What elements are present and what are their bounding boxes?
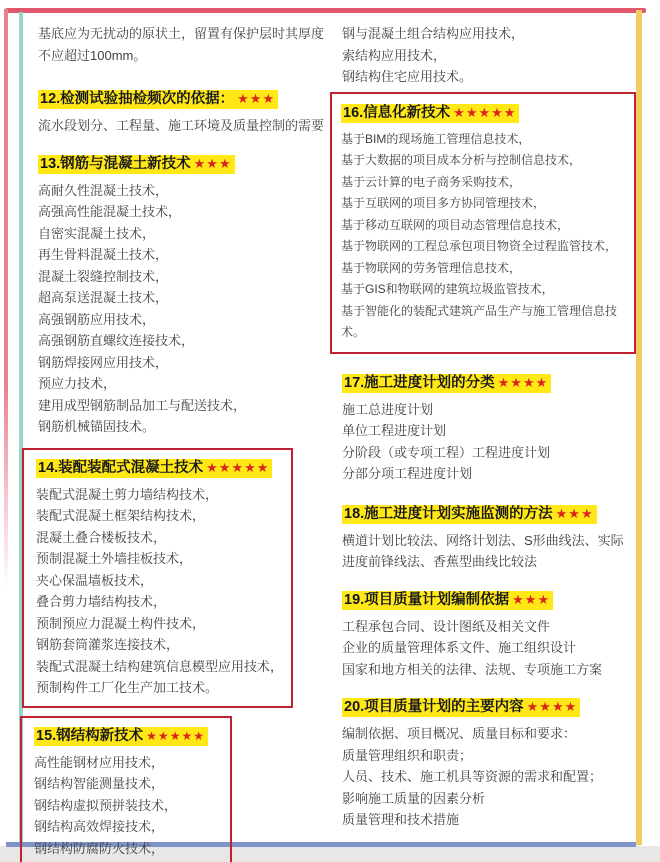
note-line: 企业的质量管理体系文件、施工组织设计 xyxy=(342,637,638,659)
section-13: 13.钢筋与混凝土新技术★★★ 高耐久性混凝土技术， 高强高性能混凝土技术， 自… xyxy=(38,151,330,438)
section-heading: 14.装配装配式混凝土技术★★★★★ xyxy=(36,455,287,481)
note-line: 高耐久性混凝土技术， xyxy=(38,180,330,202)
note-line: 基底应为无扰动的原状土，留置有保护层时其厚度 xyxy=(38,23,330,45)
note-line: 钢筋焊接网应用技术， xyxy=(38,352,330,374)
star-rating: ★★★ xyxy=(556,506,594,521)
star-rating: ★★★★ xyxy=(527,699,578,714)
star-rating: ★★★★★ xyxy=(206,460,269,475)
frame-top-line xyxy=(5,8,646,13)
section-heading: 15.钢结构新技术★★★★★ xyxy=(34,723,226,749)
note-line: 高强钢筋直螺纹连接技术， xyxy=(38,330,330,352)
note-line: 基于云计算的电子商务采购技术， xyxy=(341,172,631,194)
section-title: 14.装配装配式混凝土技术 xyxy=(38,460,203,476)
section-14-emphasis-box: 14.装配装配式混凝土技术★★★★★ 装配式混凝土剪力墙结构技术， 装配式混凝土… xyxy=(22,448,293,708)
section-title: 20.项目质量计划的主要内容 xyxy=(344,699,524,715)
note-line: 预制预应力混凝土构件技术， xyxy=(36,613,287,635)
note-line: 钢结构防腐防火技术， xyxy=(34,838,226,860)
note-line: 叠合剪力墙结构技术， xyxy=(36,591,287,613)
section-18: 18.施工进度计划实施监测的方法★★★ 横道计划比较法、网络计划法、S形曲线法、… xyxy=(342,501,638,573)
frame-left-pink-line xyxy=(4,9,8,839)
note-line: 预制混凝土外墙挂板技术， xyxy=(36,548,287,570)
note-line: 钢结构虚拟预拼装技术， xyxy=(34,795,226,817)
notes-page: 基底应为无扰动的原状土，留置有保护层时其厚度 不应超过100mm。 12.检测试… xyxy=(0,0,660,862)
note-line: 基于GIS和物联网的建筑垃圾监管技术， xyxy=(341,279,631,301)
note-line: 钢结构住宅应用技术。 xyxy=(342,66,638,88)
note-line: 不应超过100mm。 xyxy=(38,45,330,67)
star-rating: ★★★★ xyxy=(498,375,549,390)
note-line: 夹心保温墙板技术， xyxy=(36,570,287,592)
note-line: 钢结构智能测量技术， xyxy=(34,773,226,795)
note-line: 预应力技术， xyxy=(38,373,330,395)
note-line: 建用成型钢筋制品加工与配送技术， xyxy=(38,395,330,417)
section-title: 12.检测试验抽检频次的依据： xyxy=(40,91,234,107)
note-line: 钢筋套筒灌浆连接技术， xyxy=(36,634,287,656)
note-line: 预制构件工厂化生产加工技术。 xyxy=(36,677,287,699)
section-title: 15.钢结构新技术 xyxy=(36,728,143,744)
section-title: 13.钢筋与混凝土新技术 xyxy=(40,156,191,172)
note-line: 再生骨料混凝土技术， xyxy=(38,244,330,266)
note-line: 自密实混凝土技术， xyxy=(38,223,330,245)
note-line: 混凝土叠合楼板技术， xyxy=(36,527,287,549)
star-rating: ★★★ xyxy=(237,91,275,106)
section-16-emphasis-box: 16.信息化新技术★★★★★ 基于BIM的现场施工管理信息技术， 基于大数据的项… xyxy=(330,92,636,354)
section-heading: 17.施工进度计划的分类★★★★ xyxy=(342,370,638,396)
section-title: 17.施工进度计划的分类 xyxy=(344,375,495,391)
note-line: 质量管理组织和职责； xyxy=(342,745,638,767)
note-line: 质量管理和技术措施 xyxy=(342,809,638,831)
section-heading: 16.信息化新技术★★★★★ xyxy=(341,100,631,126)
note-line: 索结构应用技术， xyxy=(342,45,638,67)
note-line: 基于物联网的工程总承包项目物资全过程监管技术， xyxy=(341,236,631,258)
note-line: 钢与混凝土组合结构应用技术， xyxy=(342,23,638,45)
note-line: 装配式混凝土剪力墙结构技术， xyxy=(36,484,287,506)
note-line: 国家和地方相关的法律、法规、专项施工方案 xyxy=(342,659,638,681)
right-column: 钢与混凝土组合结构应用技术， 索结构应用技术， 钢结构住宅应用技术。 16.信息… xyxy=(342,20,638,831)
section-title: 19.项目质量计划编制依据 xyxy=(344,592,509,608)
note-line: 基于物联网的劳务管理信息技术， xyxy=(341,258,631,280)
section-heading: 12.检测试验抽检频次的依据：★★★ xyxy=(38,86,330,112)
note-line: 超高泵送混凝土技术， xyxy=(38,287,330,309)
carryover-paragraph: 钢与混凝土组合结构应用技术， 索结构应用技术， 钢结构住宅应用技术。 xyxy=(342,20,638,88)
section-15-emphasis-box: 15.钢结构新技术★★★★★ 高性能钢材应用技术， 钢结构智能测量技术， 钢结构… xyxy=(20,716,232,862)
left-column: 基底应为无扰动的原状土，留置有保护层时其厚度 不应超过100mm。 12.检测试… xyxy=(38,20,330,862)
section-17: 17.施工进度计划的分类★★★★ 施工总进度计划 单位工程进度计划 分阶段（或专… xyxy=(342,370,638,485)
note-line: 高性能钢材应用技术， xyxy=(34,752,226,774)
section-heading: 18.施工进度计划实施监测的方法★★★ xyxy=(342,501,638,527)
note-line: 影响施工质量的因素分析 xyxy=(342,788,638,810)
star-rating: ★★★★★ xyxy=(453,105,516,120)
note-line: 工程承包合同、设计图纸及相关文件 xyxy=(342,616,638,638)
note-line: 钢筋机械锚固技术。 xyxy=(38,416,330,438)
note-line: 基于智能化的装配式建筑产品生产与施工管理信息技术。 xyxy=(341,301,631,344)
note-line: 装配式混凝土结构建筑信息模型应用技术， xyxy=(36,656,287,678)
star-rating: ★★★ xyxy=(512,592,550,607)
section-title: 16.信息化新技术 xyxy=(343,105,450,121)
section-heading: 13.钢筋与混凝土新技术★★★ xyxy=(38,151,330,177)
note-line: 分阶段（或专项工程）工程进度计划 xyxy=(342,442,638,464)
note-line: 施工总进度计划 xyxy=(342,399,638,421)
section-heading: 20.项目质量计划的主要内容★★★★ xyxy=(342,694,638,720)
section-19: 19.项目质量计划编制依据★★★ 工程承包合同、设计图纸及相关文件 企业的质量管… xyxy=(342,587,638,681)
section-title: 18.施工进度计划实施监测的方法 xyxy=(344,506,553,522)
note-line: 基于大数据的项目成本分析与控制信息技术， xyxy=(341,150,631,172)
star-rating: ★★★ xyxy=(194,156,232,171)
note-line: 钢结构高效焊接技术， xyxy=(34,816,226,838)
note-line: 流水段划分、工程量、施工环境及质量控制的需要 xyxy=(38,115,330,137)
note-line: 横道计划比较法、网络计划法、S形曲线法、实际进度前锋线法、香蕉型曲线比较法 xyxy=(342,530,630,573)
note-line: 高强高性能混凝土技术， xyxy=(38,201,330,223)
note-line: 基于互联网的项目多方协同管理技术， xyxy=(341,193,631,215)
note-line: 混凝土裂缝控制技术， xyxy=(38,266,330,288)
note-line: 编制依据、项目概况、质量目标和要求： xyxy=(342,723,638,745)
section-12: 12.检测试验抽检频次的依据：★★★ 流水段划分、工程量、施工环境及质量控制的需… xyxy=(38,86,330,137)
note-line: 基于BIM的现场施工管理信息技术， xyxy=(341,129,631,151)
note-line: 单位工程进度计划 xyxy=(342,420,638,442)
note-line: 装配式混凝土框架结构技术， xyxy=(36,505,287,527)
section-20: 20.项目质量计划的主要内容★★★★ 编制依据、项目概况、质量目标和要求： 质量… xyxy=(342,694,638,831)
intro-paragraph: 基底应为无扰动的原状土，留置有保护层时其厚度 不应超过100mm。 xyxy=(38,20,330,66)
note-line: 基于移动互联网的项目动态管理信息技术， xyxy=(341,215,631,237)
note-line: 人员、技术、施工机具等资源的需求和配置； xyxy=(342,766,638,788)
star-rating: ★★★★★ xyxy=(146,729,205,743)
note-line: 分部分项工程进度计划 xyxy=(342,463,638,485)
note-line: 高强钢筋应用技术， xyxy=(38,309,330,331)
section-heading: 19.项目质量计划编制依据★★★ xyxy=(342,587,638,613)
